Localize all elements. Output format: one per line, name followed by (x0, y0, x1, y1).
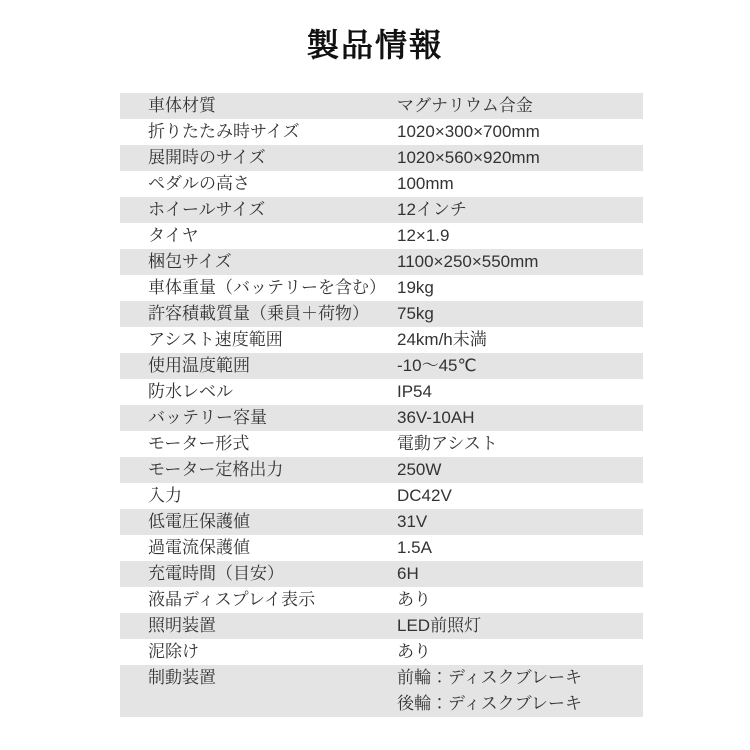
page-title: 製品情報 (0, 20, 750, 66)
table-row: 車体重量（バッテリーを含む）19kg (120, 275, 643, 301)
spec-value-line: 1020×300×700mm (397, 119, 643, 145)
spec-value-line: -10〜45℃ (397, 353, 643, 379)
table-row: 照明装置LED前照灯 (120, 613, 643, 639)
spec-value: マグナリウム合金 (397, 93, 643, 119)
spec-label: 展開時のサイズ (120, 145, 397, 171)
spec-label: 充電時間（目安） (120, 561, 397, 587)
spec-value-line: あり (397, 639, 643, 665)
spec-label: 折りたたみ時サイズ (120, 119, 397, 145)
spec-label: 過電流保護値 (120, 535, 397, 561)
spec-label: 液晶ディスプレイ表示 (120, 587, 397, 613)
table-row: 梱包サイズ1100×250×550mm (120, 249, 643, 275)
spec-value-line: 後輪：ディスクブレーキ (397, 691, 643, 717)
spec-value-line: 250W (397, 457, 643, 483)
spec-value-line: 前輪：ディスクブレーキ (397, 665, 643, 691)
spec-value-line: IP54 (397, 379, 643, 405)
table-row: 液晶ディスプレイ表示あり (120, 587, 643, 613)
table-row: 低電圧保護値31V (120, 509, 643, 535)
spec-label: 使用温度範囲 (120, 353, 397, 379)
spec-value: 6H (397, 561, 643, 587)
spec-label: モーター形式 (120, 431, 397, 457)
spec-value: あり (397, 639, 643, 665)
spec-value-line: 1100×250×550mm (397, 249, 643, 275)
table-row: タイヤ12×1.9 (120, 223, 643, 249)
spec-value: 1.5A (397, 535, 643, 561)
spec-value: 前輪：ディスクブレーキ後輪：ディスクブレーキ (397, 665, 643, 717)
spec-value-line: 12×1.9 (397, 223, 643, 249)
spec-label: アシスト速度範囲 (120, 327, 397, 353)
spec-label: 車体材質 (120, 93, 397, 119)
spec-label: バッテリー容量 (120, 405, 397, 431)
spec-value: 31V (397, 509, 643, 535)
spec-label: 梱包サイズ (120, 249, 397, 275)
table-row: モーター定格出力250W (120, 457, 643, 483)
table-row: 許容積載質量（乗員＋荷物）75kg (120, 301, 643, 327)
spec-value-line: 24km/h未満 (397, 327, 643, 353)
table-row: モーター形式電動アシスト (120, 431, 643, 457)
spec-value-line: 75kg (397, 301, 643, 327)
table-row: アシスト速度範囲24km/h未満 (120, 327, 643, 353)
spec-value: 100mm (397, 171, 643, 197)
spec-label: モーター定格出力 (120, 457, 397, 483)
spec-value: 250W (397, 457, 643, 483)
spec-label: 泥除け (120, 639, 397, 665)
spec-value-line: 12インチ (397, 197, 643, 223)
spec-value-line: 36V-10AH (397, 405, 643, 431)
spec-value-line: 19kg (397, 275, 643, 301)
table-row: ペダルの高さ100mm (120, 171, 643, 197)
table-row: 防水レベルIP54 (120, 379, 643, 405)
spec-value-line: 31V (397, 509, 643, 535)
spec-table: 車体材質マグナリウム合金折りたたみ時サイズ1020×300×700mm展開時のサ… (120, 93, 643, 717)
spec-value: 電動アシスト (397, 431, 643, 457)
spec-value: 1020×560×920mm (397, 145, 643, 171)
spec-value: 36V-10AH (397, 405, 643, 431)
spec-label: ホイールサイズ (120, 197, 397, 223)
spec-label: 制動装置 (120, 665, 397, 691)
spec-value-line: 1020×560×920mm (397, 145, 643, 171)
spec-value: IP54 (397, 379, 643, 405)
spec-label: 許容積載質量（乗員＋荷物） (120, 301, 397, 327)
spec-value: -10〜45℃ (397, 353, 643, 379)
spec-value-line: 100mm (397, 171, 643, 197)
spec-value-line: 1.5A (397, 535, 643, 561)
spec-label: ペダルの高さ (120, 171, 397, 197)
spec-value-line: 6H (397, 561, 643, 587)
table-row: ホイールサイズ12インチ (120, 197, 643, 223)
spec-value: LED前照灯 (397, 613, 643, 639)
spec-value: 12×1.9 (397, 223, 643, 249)
spec-value: 1100×250×550mm (397, 249, 643, 275)
spec-value-line: あり (397, 587, 643, 613)
table-row: 使用温度範囲-10〜45℃ (120, 353, 643, 379)
table-row: 制動装置前輪：ディスクブレーキ後輪：ディスクブレーキ (120, 665, 643, 717)
spec-label: タイヤ (120, 223, 397, 249)
product-info-page: 製品情報 車体材質マグナリウム合金折りたたみ時サイズ1020×300×700mm… (0, 0, 750, 750)
spec-value-line: マグナリウム合金 (397, 93, 643, 119)
table-row: 展開時のサイズ1020×560×920mm (120, 145, 643, 171)
spec-value-line: 電動アシスト (397, 431, 643, 457)
table-row: 泥除けあり (120, 639, 643, 665)
spec-value: DC42V (397, 483, 643, 509)
spec-label: 低電圧保護値 (120, 509, 397, 535)
table-row: 過電流保護値1.5A (120, 535, 643, 561)
spec-value: 19kg (397, 275, 643, 301)
table-row: 車体材質マグナリウム合金 (120, 93, 643, 119)
spec-value-line: LED前照灯 (397, 613, 643, 639)
spec-label: 防水レベル (120, 379, 397, 405)
table-row: 折りたたみ時サイズ1020×300×700mm (120, 119, 643, 145)
table-row: 充電時間（目安）6H (120, 561, 643, 587)
spec-label: 車体重量（バッテリーを含む） (120, 275, 397, 301)
spec-value: 1020×300×700mm (397, 119, 643, 145)
table-row: バッテリー容量36V-10AH (120, 405, 643, 431)
spec-value: 12インチ (397, 197, 643, 223)
table-row: 入力DC42V (120, 483, 643, 509)
spec-label: 入力 (120, 483, 397, 509)
spec-value: 75kg (397, 301, 643, 327)
spec-label: 照明装置 (120, 613, 397, 639)
spec-value: あり (397, 587, 643, 613)
spec-value: 24km/h未満 (397, 327, 643, 353)
spec-value-line: DC42V (397, 483, 643, 509)
